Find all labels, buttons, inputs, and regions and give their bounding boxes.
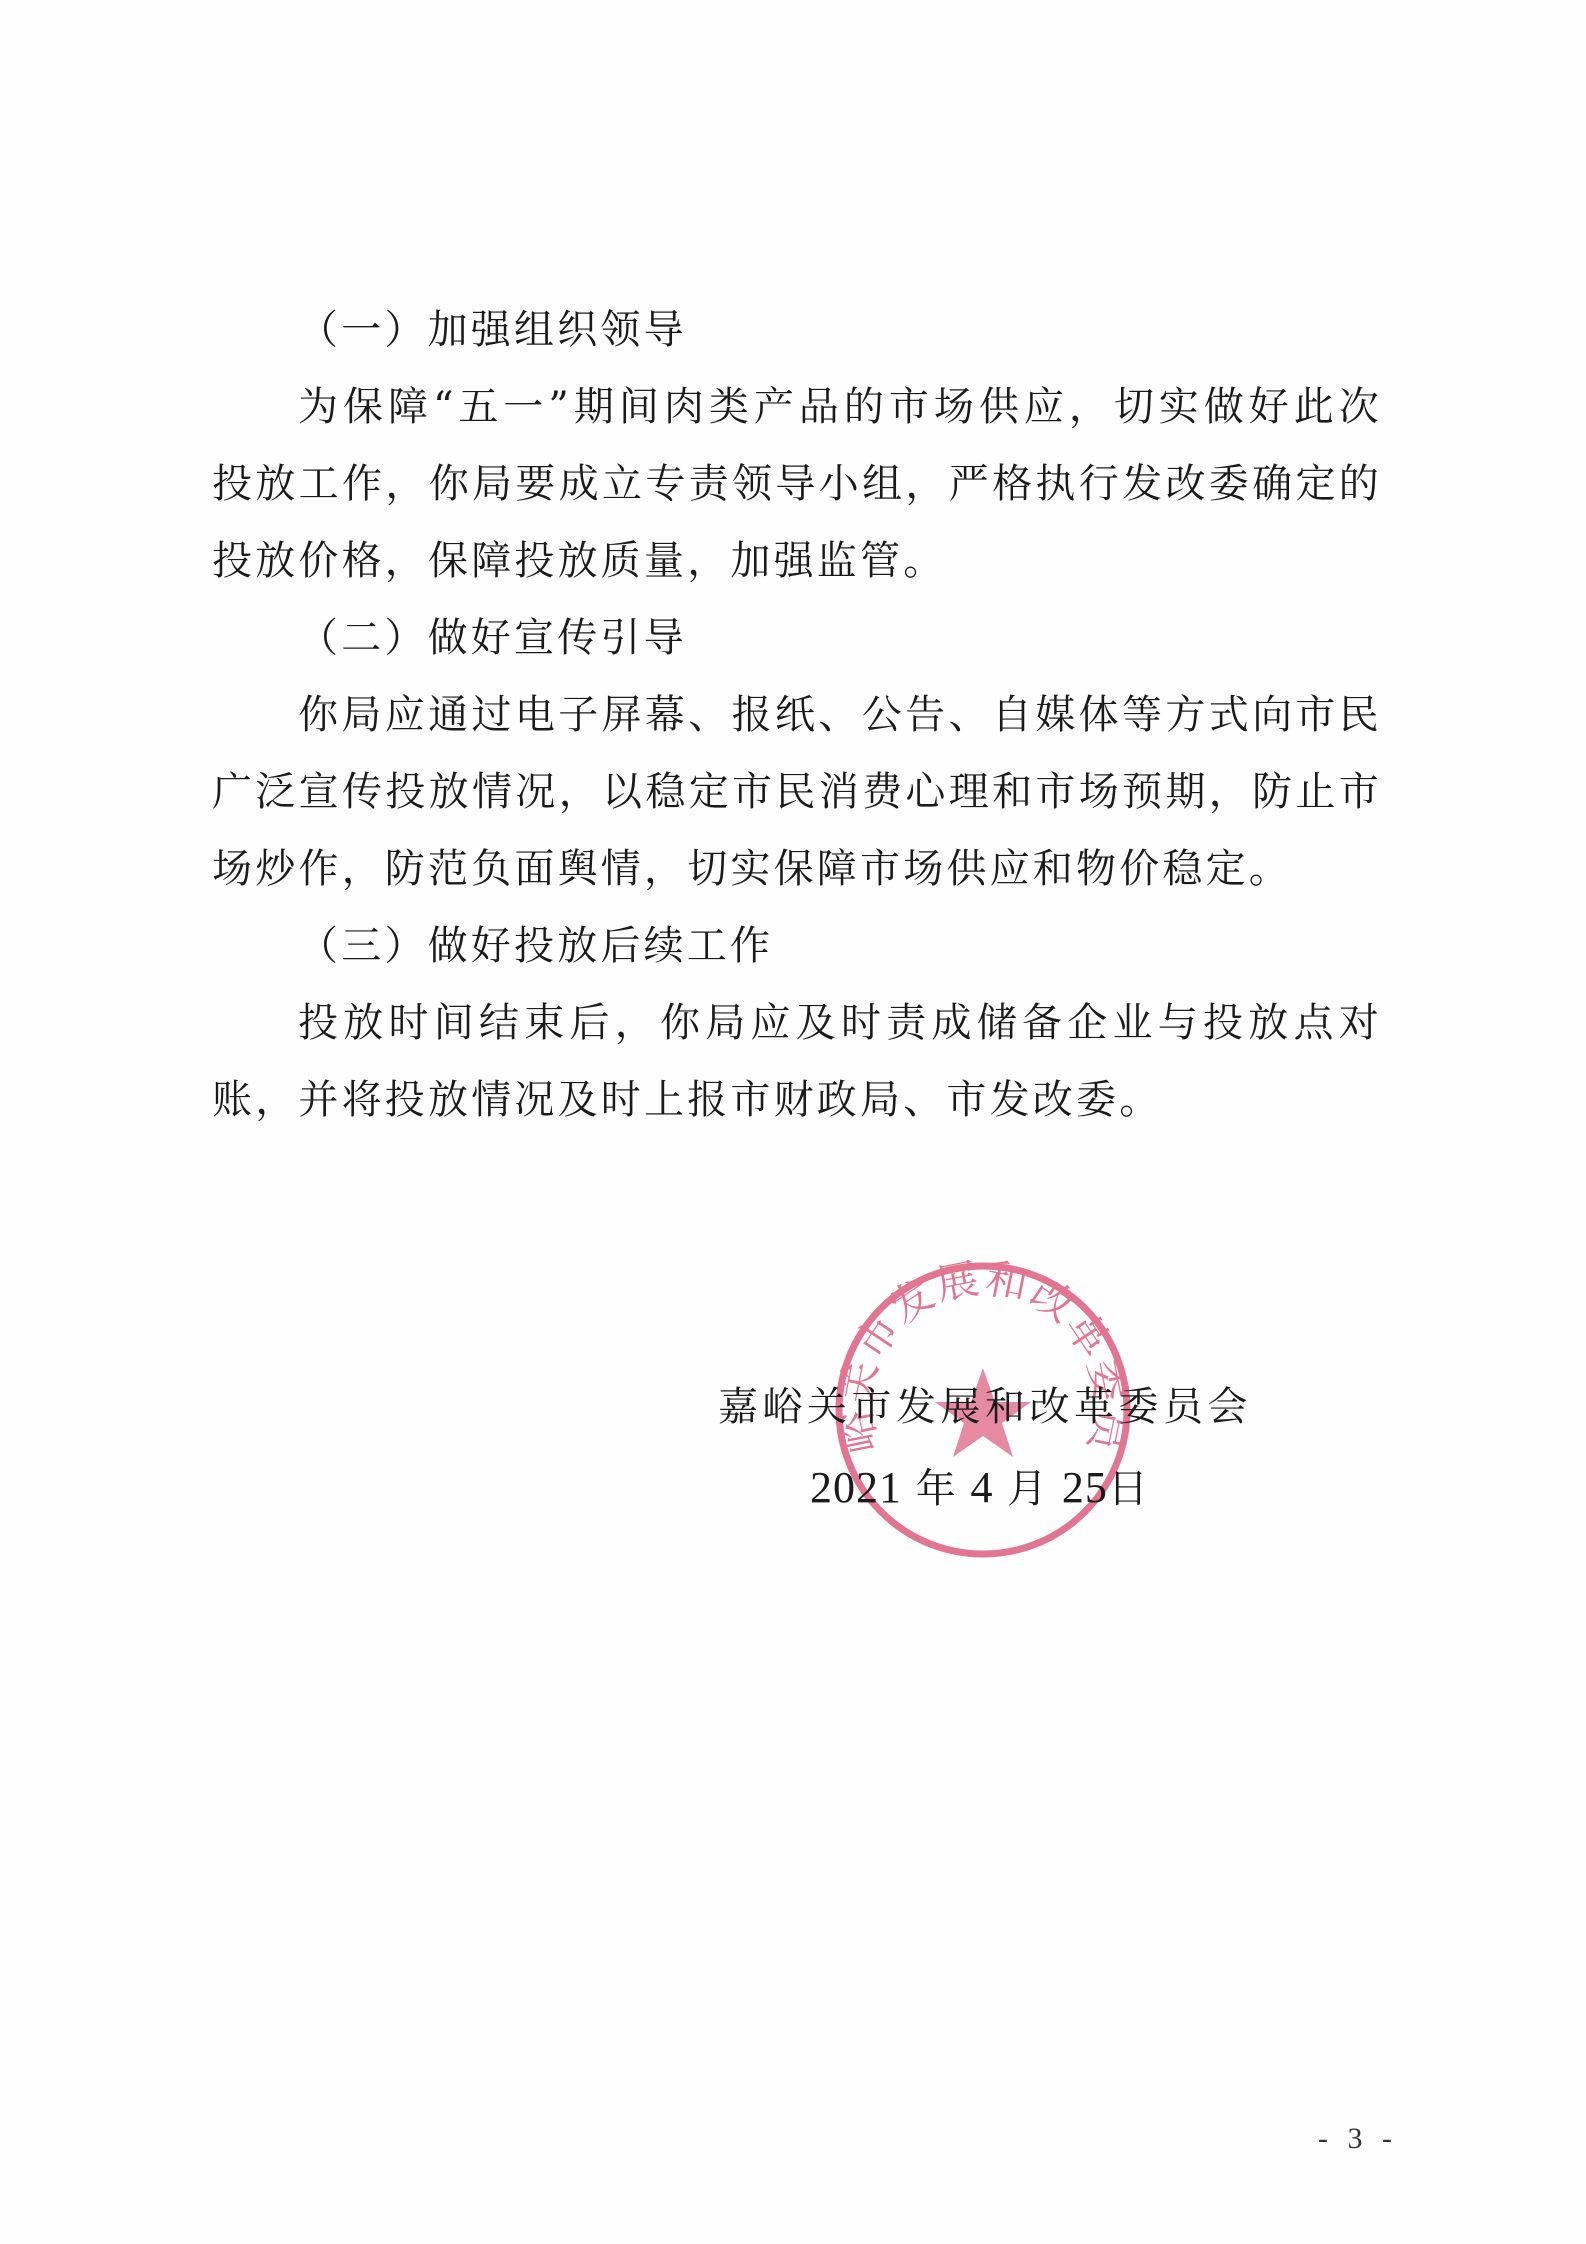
date-month: 4: [970, 1463, 993, 1512]
section-paragraph-1: 为保障“五一”期间肉类产品的市场供应，切实做好此次投放工作，你局要成立专责领导小…: [212, 369, 1382, 600]
date-year: 2021: [810, 1463, 902, 1512]
section-paragraph-3: 投放时间结束后，你局应及时责成储备企业与投放点对账，并将投放情况及时上报市财政局…: [212, 985, 1382, 1139]
date-day-label: 日: [1108, 1466, 1149, 1512]
document-page: （一）加强组织领导 为保障“五一”期间肉类产品的市场供应，切实做好此次投放工作，…: [0, 0, 1586, 2244]
date-month-label: 月: [1007, 1466, 1048, 1512]
date-day: 25: [1062, 1463, 1108, 1512]
section-heading-2: （二）做好宣传引导: [212, 600, 1382, 677]
signing-date: 2021 年 4 月 25日: [810, 1457, 1150, 1514]
section-heading-1: （一）加强组织领导: [212, 292, 1382, 369]
date-year-label: 年: [916, 1466, 957, 1512]
page-number: - 3 -: [1318, 2122, 1398, 2156]
section-paragraph-2: 你局应通过电子屏幕、报纸、公告、自媒体等方式向市民广泛宣传投放情况，以稳定市民消…: [212, 677, 1382, 908]
signing-organization: 嘉峪关市发展和改革委员会: [718, 1375, 1238, 1432]
section-heading-3: （三）做好投放后续工作: [212, 908, 1382, 985]
document-body: （一）加强组织领导 为保障“五一”期间肉类产品的市场供应，切实做好此次投放工作，…: [212, 292, 1382, 1139]
